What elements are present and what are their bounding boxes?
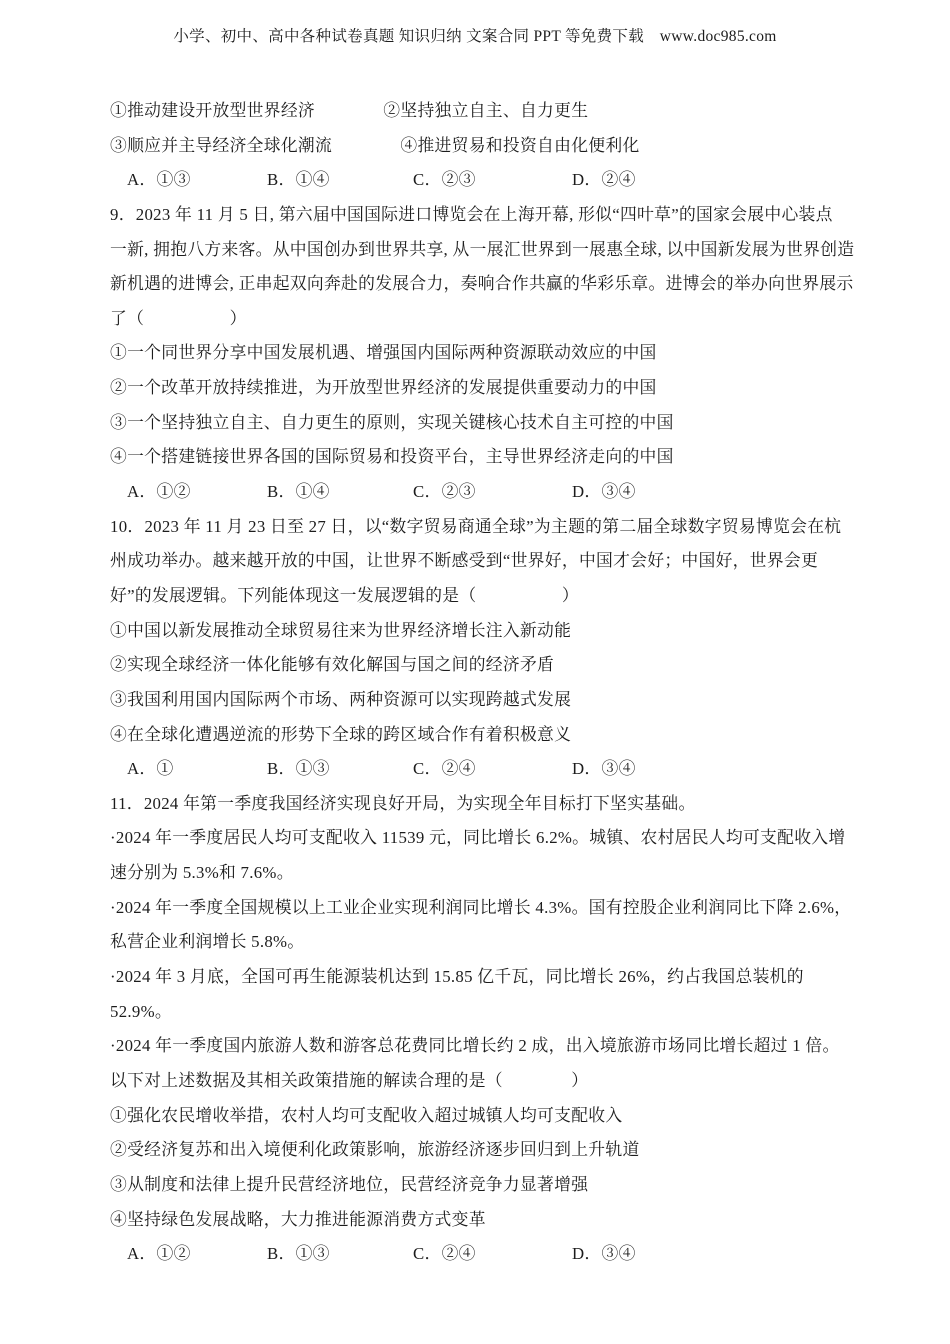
text-line: 好”的发展逻辑。下列能体现这一发展逻辑的是（ ） — [0, 579, 950, 614]
answer-choice: B．①③ — [267, 1237, 330, 1272]
answer-choices-row: A．①②B．①④C．②③D．③④ — [0, 475, 950, 510]
text-line: 52.9%。 — [0, 995, 950, 1030]
answer-choice: C．②④ — [413, 752, 476, 787]
text-line: 一新, 拥抱八方来客。从中国创办到世界共享, 从一展汇世界到一展惠全球, 以中国… — [0, 233, 950, 268]
answer-choice: B．①③ — [267, 752, 330, 787]
text-line: ③一个坚持独立自主、自力更生的原则，实现关键核心技术自主可控的中国 — [0, 406, 950, 441]
text-line: ④坚持绿色发展战略，大力推进能源消费方式变革 — [0, 1203, 950, 1238]
text-line: ①中国以新发展推动全球贸易往来为世界经济增长注入新动能 — [0, 614, 950, 649]
text-line: 11．2024 年第一季度我国经济实现良好开局，为实现全年目标打下坚实基础。 — [0, 787, 950, 822]
text-line: 以下对上述数据及其相关政策措施的解读合理的是（ ） — [0, 1064, 950, 1099]
text-line: ③我国利用国内国际两个市场、两种资源可以实现跨越式发展 — [0, 683, 950, 718]
text-line: 州成功举办。越来越开放的中国，让世界不断感受到“世界好，中国才会好；中国好，世界… — [0, 544, 950, 579]
answer-choice: B．①④ — [267, 163, 330, 198]
text-line: ·2024 年一季度居民人均可支配收入 11539 元，同比增长 6.2%。城镇… — [0, 821, 950, 856]
text-line: 了（ ） — [0, 302, 950, 337]
answer-choice: A．①② — [127, 1237, 191, 1272]
document-body: ①推动建设开放型世界经济 ②坚持独立自主、自力更生③顺应并主导经济全球化潮流 ④… — [0, 94, 950, 1272]
answer-choice: B．①④ — [267, 475, 330, 510]
text-line: 私营企业利润增长 5.8%。 — [0, 925, 950, 960]
answer-choice: D．③④ — [572, 1237, 636, 1272]
text-line: ·2024 年 3 月底，全国可再生能源装机达到 15.85 亿千瓦，同比增长 … — [0, 960, 950, 995]
text-line: 新机遇的进博会, 正串起双向奔赴的发展合力，奏响合作共赢的华彩乐章。进博会的举办… — [0, 267, 950, 302]
text-line: ·2024 年一季度全国规模以上工业企业实现利润同比增长 4.3%。国有控股企业… — [0, 891, 950, 926]
answer-choice: A．① — [127, 752, 174, 787]
text-line: 速分别为 5.3%和 7.6%。 — [0, 856, 950, 891]
answer-choice: C．②③ — [413, 163, 476, 198]
text-line: ·2024 年一季度国内旅游人数和游客总花费同比增长约 2 成，出入境旅游市场同… — [0, 1029, 950, 1064]
answer-choices-row: A．①②B．①③C．②④D．③④ — [0, 1237, 950, 1272]
text-line: ②一个改革开放持续推进，为开放型世界经济的发展提供重要动力的中国 — [0, 371, 950, 406]
text-line: ③顺应并主导经济全球化潮流 ④推进贸易和投资自由化便利化 — [0, 129, 950, 164]
answer-choice: A．①② — [127, 475, 191, 510]
answer-choice: C．②③ — [413, 475, 476, 510]
text-line: ①强化农民增收举措，农村人均可支配收入超过城镇人均可支配收入 — [0, 1099, 950, 1134]
answer-choice: D．②④ — [572, 163, 636, 198]
text-line: ④在全球化遭遇逆流的形势下全球的跨区域合作有着积极意义 — [0, 718, 950, 753]
answer-choice: C．②④ — [413, 1237, 476, 1272]
text-line: ①一个同世界分享中国发展机遇、增强国内国际两种资源联动效应的中国 — [0, 336, 950, 371]
text-line: ④一个搭建链接世界各国的国际贸易和投资平台，主导世界经济走向的中国 — [0, 440, 950, 475]
text-line: ①推动建设开放型世界经济 ②坚持独立自主、自力更生 — [0, 94, 950, 129]
text-line: ②受经济复苏和出入境便利化政策影响，旅游经济逐步回归到上升轨道 — [0, 1133, 950, 1168]
answer-choice: A．①③ — [127, 163, 191, 198]
text-line: ②实现全球经济一体化能够有效化解国与国之间的经济矛盾 — [0, 648, 950, 683]
answer-choices-row: A．①③B．①④C．②③D．②④ — [0, 163, 950, 198]
exam-document-page: 小学、初中、高中各种试卷真题 知识归纳 文案合同 PPT 等免费下载 www.d… — [0, 0, 950, 1344]
text-line: ③从制度和法律上提升民营经济地位，民营经济竞争力显著增强 — [0, 1168, 950, 1203]
watermark-header: 小学、初中、高中各种试卷真题 知识归纳 文案合同 PPT 等免费下载 www.d… — [0, 24, 950, 46]
answer-choice: D．③④ — [572, 752, 636, 787]
answer-choice: D．③④ — [572, 475, 636, 510]
text-line: 9．2023 年 11 月 5 日, 第六届中国国际进口博览会在上海开幕, 形似… — [0, 198, 950, 233]
answer-choices-row: A．①B．①③C．②④D．③④ — [0, 752, 950, 787]
text-line: 10．2023 年 11 月 23 日至 27 日，以“数字贸易商通全球”为主题… — [0, 510, 950, 545]
